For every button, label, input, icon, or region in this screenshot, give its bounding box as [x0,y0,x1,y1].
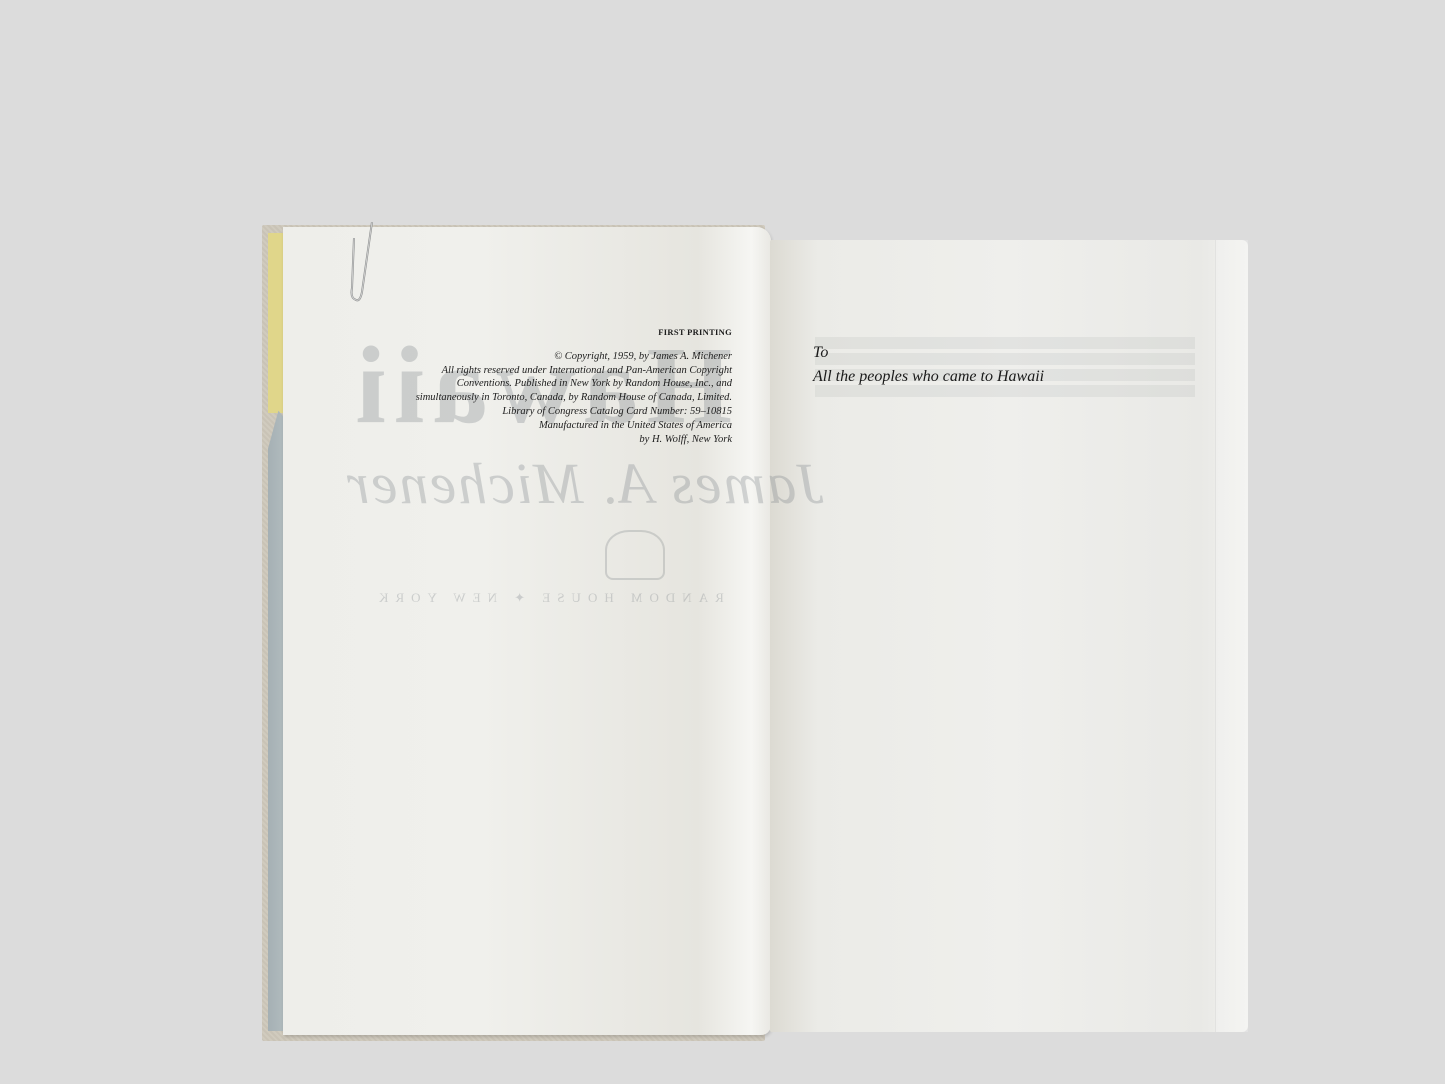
copyright-line: All rights reserved under International … [380,364,732,378]
show-through-author: James A. Michener [345,450,824,517]
copyright-line: Manufactured in the United States of Ame… [380,419,732,433]
copyright-line: Library of Congress Catalog Card Number:… [380,405,732,419]
paperclip-icon [348,222,378,306]
dedication: To All the peoples who came to Hawaii [813,341,1044,389]
show-through-publisher: RANDOM HOUSE ✦ NEW YORK [372,590,724,606]
dedication-text: All the peoples who came to Hawaii [813,365,1044,389]
first-printing-label: FIRST PRINTING [380,326,732,340]
copyright-line: © Copyright, 1959, by James A. Michener [380,350,732,364]
copyright-line: by H. Wolff, New York [380,433,732,447]
copyright-line: Conventions. Published in New York by Ra… [380,377,732,391]
copyright-line: simultaneously in Toronto, Canada, by Ra… [380,391,732,405]
dedication-to: To [813,341,1044,365]
copyright-block: FIRST PRINTING © Copyright, 1959, by Jam… [380,326,732,446]
show-through-publisher-logo-icon [605,530,665,580]
